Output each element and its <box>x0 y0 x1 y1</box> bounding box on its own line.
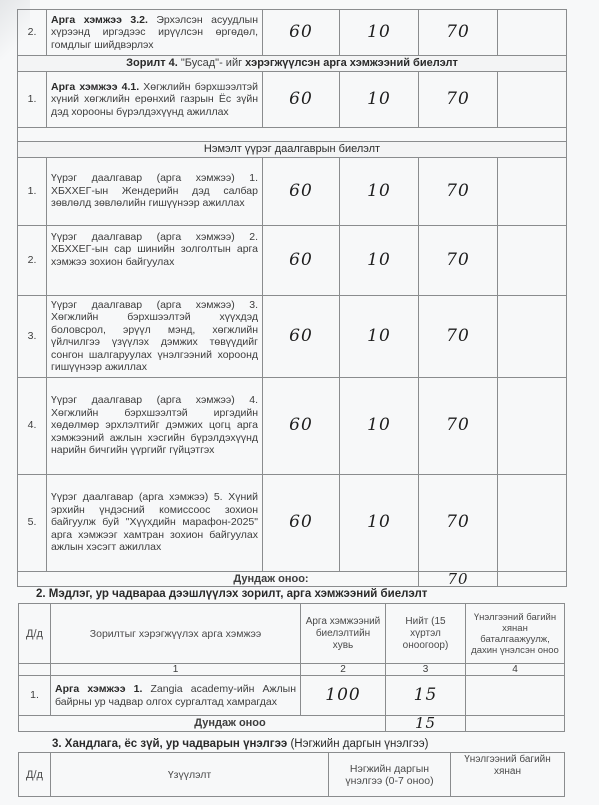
section-3-heading: 3. Хандлага, ёс зүй, ур чадварын үнэлгээ… <box>52 738 428 750</box>
score-quality: 10 <box>340 10 419 56</box>
row-number: 1. <box>18 157 47 225</box>
header-no: Д/д <box>19 753 51 797</box>
header-no: Д/д <box>19 604 51 664</box>
header-recheck: Үнэлгээний багийн хянан баталгаажуулж, д… <box>466 604 565 664</box>
table-row: 3. Үүрэг даалгавар (арга хэмжээ) 3. Хөгж… <box>18 295 567 377</box>
score-quality: 10 <box>340 225 419 295</box>
header-indicator: Үзүүлэлт <box>51 753 329 797</box>
goal-4-title: Зорилт 4. "Бусад"- ийг хэрэгжүүлсэн арга… <box>18 56 567 72</box>
goal-4-quoted: "Бусад"- ийг <box>178 57 245 69</box>
score-review <box>498 377 567 474</box>
activity-description: Арга хэмжээ 3.2. Эрхэлсэн асуудлын хүрээ… <box>47 10 263 56</box>
section-2-heading: 2. Мэдлэг, ур чадвараа дээшлүүлэх зорилт… <box>36 588 427 600</box>
header-head-eval: Нэгжийн даргын үнэлгээ (0-7 оноо) <box>329 753 451 797</box>
score-completion: 60 <box>263 295 340 377</box>
score-review <box>498 295 567 377</box>
score-completion: 60 <box>263 474 340 571</box>
table-row: 2. Арга хэмжээ 3.2. Эрхэлсэн асуудлын хү… <box>18 10 567 56</box>
average-value: 70 <box>419 571 498 587</box>
row-number: 1. <box>18 72 47 128</box>
score-total: 70 <box>419 225 498 295</box>
attitude-ethics-table: Д/д Үзүүлэлт Нэгжийн даргын үнэлгээ (0-7… <box>18 752 565 797</box>
score-total: 70 <box>419 72 498 128</box>
section-header-goal-4: Зорилт 4. "Бусад"- ийг хэрэгжүүлсэн арга… <box>18 56 567 72</box>
average-row: Дундаж оноо 15 <box>19 716 565 732</box>
table-row: 4. Үүрэг даалгавар (арга хэмжээ) 4. Хөгж… <box>18 377 567 474</box>
header-total: Нийт (15 хүртэл оноогоор) <box>386 604 466 664</box>
score-completion: 60 <box>263 157 340 225</box>
score-review <box>498 157 567 225</box>
row-number: 5. <box>18 474 47 571</box>
header-percent: Арга хэмжээний биелэлтийн хувь <box>301 604 386 664</box>
score-total: 70 <box>419 377 498 474</box>
header-team-review: Үнэлгээний багийн хянан <box>451 753 565 797</box>
header-row: Д/д Үзүүлэлт Нэгжийн даргын үнэлгээ (0-7… <box>19 753 565 797</box>
score-quality: 10 <box>340 295 419 377</box>
header-measure: Зорилтыг хэрэгжүүлэх арга хэмжээ <box>51 604 301 664</box>
index-row: 1 2 3 4 <box>19 664 565 676</box>
section-3-title: 3. Хандлага, ёс зүй, ур чадварын үнэлгээ <box>52 738 287 750</box>
score-completion: 60 <box>263 377 340 474</box>
activity-description: Арга хэмжээ 4.1. Хөгжлийн бэрхшээлтэй хү… <box>47 72 263 128</box>
activity-description: Арга хэмжээ 1. Zangia academy-ийн Ажлын … <box>51 676 301 716</box>
row-number: 1. <box>19 676 51 716</box>
index-2: 2 <box>301 664 386 676</box>
score-total: 70 <box>419 157 498 225</box>
total-score: 15 <box>386 676 466 716</box>
activity-title: Арга хэмжээ 1. <box>55 683 142 695</box>
average-row: Дундаж оноо: 70 <box>18 571 567 587</box>
activity-title: Арга хэмжээ 3.2. <box>51 14 148 26</box>
score-completion: 60 <box>263 225 340 295</box>
header-row: Д/д Зорилтыг хэрэгжүүлэх арга хэмжээ Арг… <box>19 604 565 664</box>
table-row: 1. Арга хэмжээ 4.1. Хөгжлийн бэрхшээлтэй… <box>18 72 567 128</box>
task-description: Үүрэг даалгавар (арга хэмжээ) 1. ХБХХЕГ-… <box>47 157 263 225</box>
task-description: Үүрэг даалгавар (арга хэмжээ) 5. Хүний э… <box>47 474 263 571</box>
table-row: 5. Үүрэг даалгавар (арга хэмжээ) 5. Хүни… <box>18 474 567 571</box>
task-description: Үүрэг даалгавар (арга хэмжээ) 4. Хөгжлий… <box>47 377 263 474</box>
score-quality: 10 <box>340 377 419 474</box>
score-quality: 10 <box>340 157 419 225</box>
score-total: 70 <box>419 295 498 377</box>
goal-4-label: Зорилт 4. <box>126 57 178 69</box>
score-completion: 60 <box>263 10 340 56</box>
score-review <box>498 225 567 295</box>
table-row: 1. Үүрэг даалгавар (арга хэмжээ) 1. ХБХХ… <box>18 157 567 225</box>
average-review <box>498 571 567 587</box>
score-review <box>498 10 567 56</box>
activity-title: Арга хэмжээ 4.1. <box>51 81 139 93</box>
index-1: 1 <box>51 664 301 676</box>
row-number: 3. <box>18 295 47 377</box>
row-number: 2. <box>18 225 47 295</box>
table-row: 2. Үүрэг даалгавар (арга хэмжээ) 2. ХБХХ… <box>18 225 567 295</box>
spacer-cell <box>18 128 567 142</box>
score-total: 70 <box>419 10 498 56</box>
row-number: 2. <box>18 10 47 56</box>
score-quality: 10 <box>340 72 419 128</box>
score-review <box>498 72 567 128</box>
spacer-row <box>18 128 567 142</box>
section-3-subtitle: (Нэгжийн даргын үнэлгээ) <box>287 738 428 750</box>
activities-table: 2. Арга хэмжээ 3.2. Эрхэлсэн асуудлын хү… <box>17 9 567 587</box>
task-description: Үүрэг даалгавар (арга хэмжээ) 3. Хөгжлий… <box>47 295 263 377</box>
row-number: 4. <box>18 377 47 474</box>
average-value: 15 <box>386 716 466 732</box>
knowledge-skills-table: Д/д Зорилтыг хэрэгжүүлэх арга хэмжээ Арг… <box>18 603 565 732</box>
extra-tasks-title: Нэмэлт үүрэг даалгаврын биелэлт <box>18 142 567 158</box>
index-4: 4 <box>466 664 565 676</box>
average-label: Дундаж оноо <box>19 716 386 732</box>
index-empty <box>19 664 51 676</box>
recheck-score <box>466 676 565 716</box>
average-label: Дундаж оноо: <box>18 571 419 587</box>
score-total: 70 <box>419 474 498 571</box>
section-header-extra-tasks: Нэмэлт үүрэг даалгаврын биелэлт <box>18 142 567 158</box>
table-row: 1. Арга хэмжээ 1. Zangia academy-ийн Ажл… <box>19 676 565 716</box>
score-quality: 10 <box>340 474 419 571</box>
index-3: 3 <box>386 664 466 676</box>
average-review <box>466 716 565 732</box>
task-description: Үүрэг даалгавар (арга хэмжээ) 2. ХБХХЕГ-… <box>47 225 263 295</box>
score-completion: 60 <box>263 72 340 128</box>
goal-4-suffix: хэрэгжүүлсэн арга хэмжээний биелэлт <box>245 57 458 69</box>
score-review <box>498 474 567 571</box>
completion-percent: 100 <box>301 676 386 716</box>
